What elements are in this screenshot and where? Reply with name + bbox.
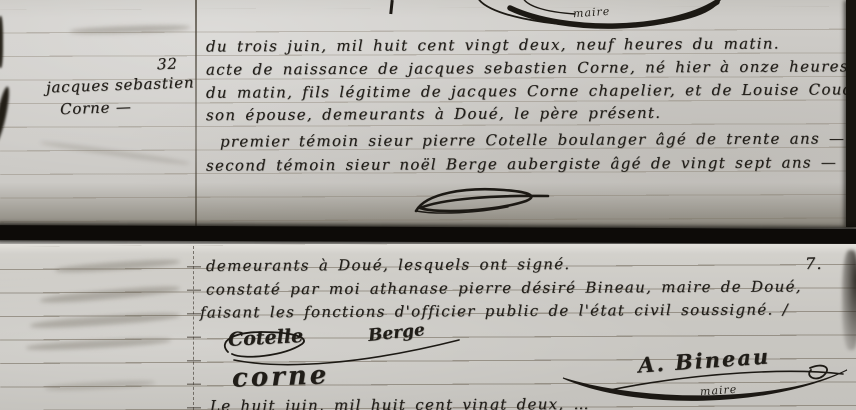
- signature-cotelle: Cotelle: [227, 325, 303, 351]
- margin-rule-ticks: [187, 244, 201, 410]
- mayor-stamp-label: maire: [573, 5, 611, 21]
- bleed-through-ink: [40, 284, 180, 305]
- act-line: constaté par moi athanase pierre désiré …: [206, 277, 802, 298]
- page-bottom-act: demeurants à Doué, lesquels ont signé. 7…: [0, 244, 856, 410]
- page-edge-shadow: [0, 16, 3, 68]
- page-edge-shadow: [842, 250, 856, 350]
- bleed-through-ink: [55, 258, 180, 275]
- margin-name-line1: jacques sebastien: [46, 73, 195, 96]
- register-scan: maire 32 jacques sebastien Corne — du tr…: [0, 0, 856, 410]
- page-edge-shadow: [846, 0, 856, 227]
- signature-bineau: A. Bineau: [637, 343, 771, 377]
- act-line: second témoin sieur noël Berge aubergist…: [206, 153, 837, 174]
- margin-act-number: 32: [157, 55, 178, 74]
- act-line: du matin, fils légitime de jacques Corne…: [206, 80, 856, 102]
- page-fold-shadow: [0, 225, 856, 244]
- act-line: acte de naissance de jacques sebastien C…: [206, 57, 849, 78]
- bleed-through-ink: [70, 24, 190, 35]
- signature-berge: Berge: [367, 320, 426, 346]
- bleed-through-ink: [45, 379, 155, 392]
- act-line: son épouse, demeurants à Doué, le père p…: [206, 104, 661, 124]
- margin-rule: [195, 0, 197, 228]
- closing-paraph-icon: [408, 183, 553, 219]
- act-line: premier témoin sieur pierre Cotelle boul…: [220, 129, 845, 150]
- act-line: demeurants à Doué, lesquels ont signé.: [206, 255, 571, 275]
- folio-number: 7.: [805, 254, 823, 273]
- bineau-stamp-label: maire: [700, 383, 738, 399]
- mayor-stamp-flourish-icon: maire: [455, 0, 735, 36]
- next-act-partial-line: Le huit juin, mil huit cent vingt deux, …: [210, 395, 590, 410]
- act-line: faisant les fonctions d'officier public …: [200, 300, 789, 321]
- act-line: du trois juin, mil huit cent vingt deux,…: [206, 34, 780, 55]
- margin-name-line2: Corne —: [60, 98, 132, 118]
- bleed-through-ink: [26, 336, 171, 352]
- bleed-through-ink: [40, 140, 189, 167]
- bleed-through-ink: [30, 311, 180, 330]
- signature-corne: corne: [232, 360, 330, 393]
- page-top-act: maire 32 jacques sebastien Corne — du tr…: [0, 0, 856, 228]
- margin-rule: [193, 246, 194, 410]
- cut-pen-stroke: [389, 0, 393, 14]
